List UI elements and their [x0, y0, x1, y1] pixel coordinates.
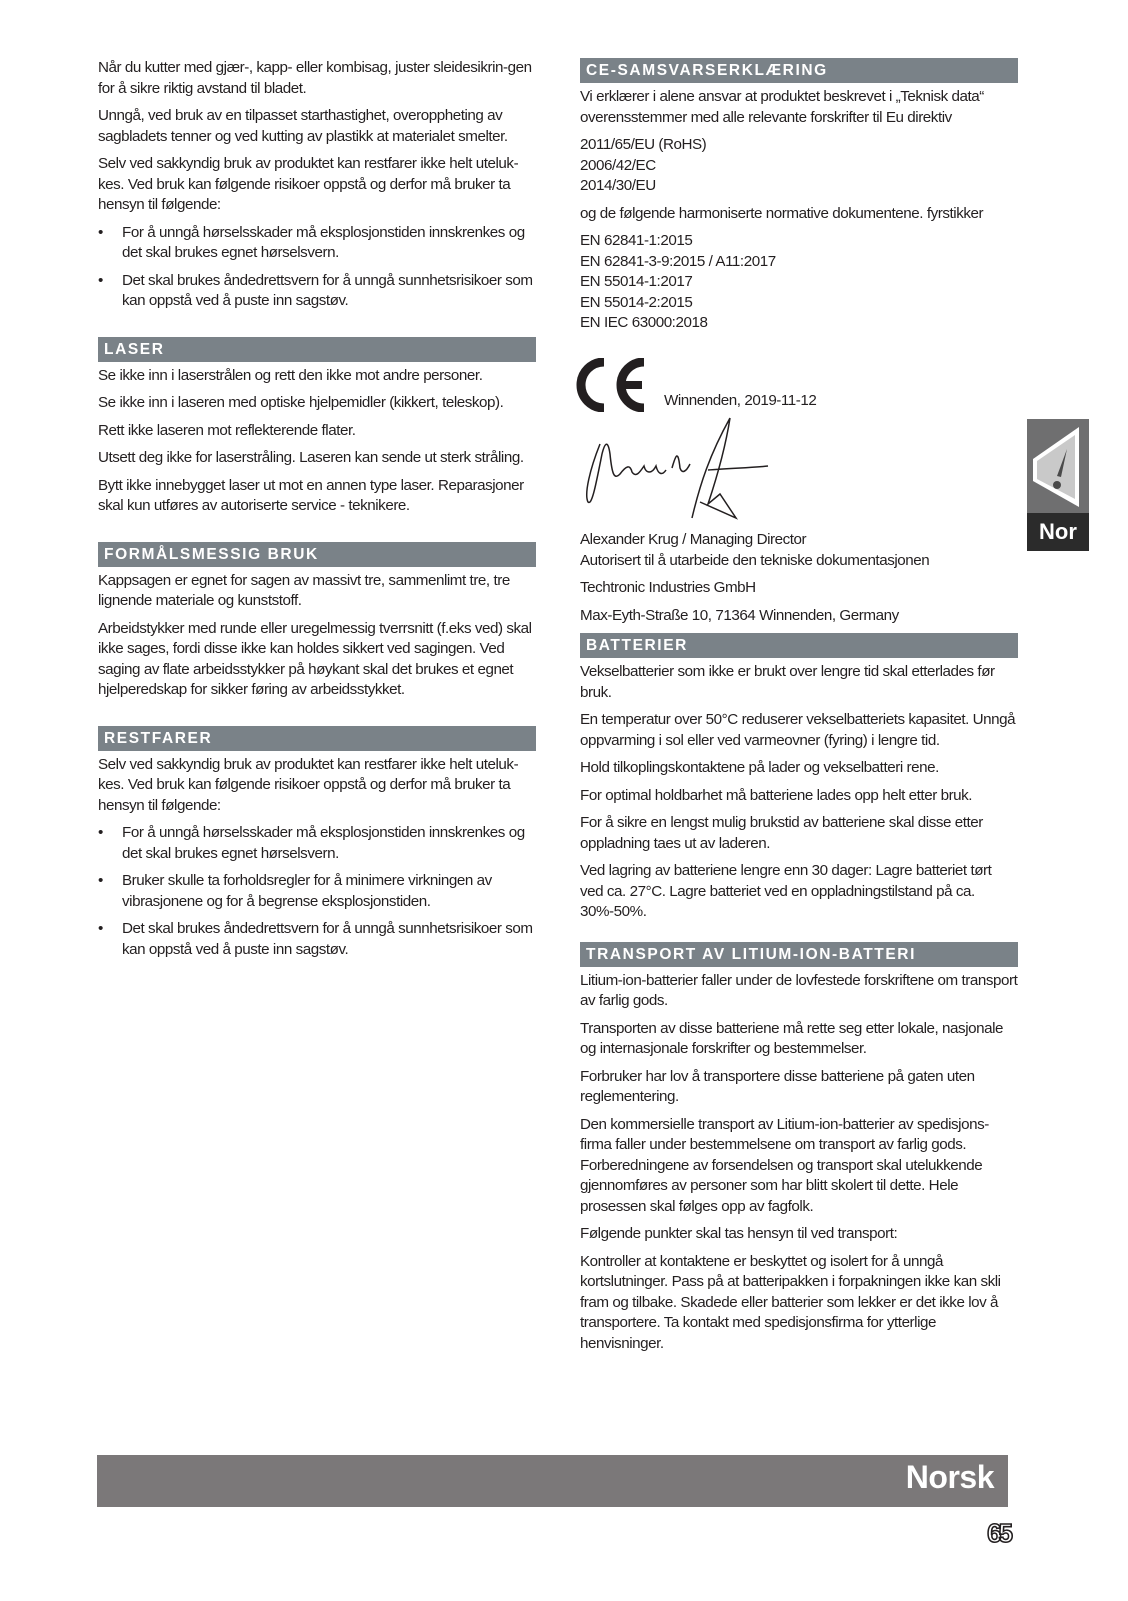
address: Max-Eyth-Straße 10, 71364 Winnenden, Ger… — [580, 606, 1018, 627]
paragraph: Hold tilkoplingskontaktene på lader og v… — [580, 758, 1018, 779]
page-number: 65 — [987, 1518, 1010, 1549]
paragraph: Se ikke inn i laseren med optiske hjelpe… — [98, 393, 536, 414]
bullet-item: For å unngå hørselsskader må eksplosjons… — [98, 223, 536, 264]
language-label: Nor — [1027, 513, 1089, 551]
standard: EN 62841-3-9:2015 / A11:2017 — [580, 252, 1018, 273]
paragraph: Når du kutter med gjær-, kapp- eller kom… — [98, 58, 536, 99]
paragraph: For optimal holdbarhet må batteriene lad… — [580, 786, 1018, 807]
directive: 2014/30/EU — [580, 176, 1018, 197]
language-side-tab: Nor — [1027, 419, 1089, 551]
standard: EN 62841-1:2015 — [580, 231, 1018, 252]
bullet-item: Det skal brukes åndedrettsvern for å unn… — [98, 271, 536, 312]
standard: EN 55014-1:2017 — [580, 272, 1018, 293]
bullet-list: For å unngå hørselsskader må eksplosjons… — [98, 823, 536, 960]
paragraph: Litium-ion-batterier faller under de lov… — [580, 971, 1018, 1012]
ce-mark-icon — [574, 358, 650, 412]
bullet-list: For å unngå hørselsskader må eksplosjons… — [98, 223, 536, 312]
paragraph: Den kommersielle transport av Litium-ion… — [580, 1115, 1018, 1218]
company: Techtronic Industries GmbH — [580, 578, 1018, 599]
paragraph: Se ikke inn i laserstrålen og rett den i… — [98, 366, 536, 387]
ce-mark-row: Winnenden, 2019-11-12 — [580, 348, 1018, 412]
standard: EN 55014-2:2015 — [580, 293, 1018, 314]
paragraph: Kappsagen er egnet for sagen av massivt … — [98, 571, 536, 612]
standards-list: EN 62841-1:2015 EN 62841-3-9:2015 / A11:… — [580, 231, 1018, 334]
footer-language: Norsk — [906, 1459, 994, 1496]
directive: 2006/42/EC — [580, 156, 1018, 177]
warning-triangle-icon — [1027, 419, 1089, 513]
section-header-transport: TRANSPORT AV LITIUM-ION-BATTERI — [580, 942, 1018, 967]
directive-list: 2011/65/EU (RoHS) 2006/42/EC 2014/30/EU — [580, 135, 1018, 197]
left-column: Når du kutter med gjær-, kapp- eller kom… — [98, 58, 536, 967]
paragraph: Utsett deg ikke for laserstråling. Laser… — [98, 448, 536, 469]
paragraph: Følgende punkter skal tas hensyn til ved… — [580, 1224, 1018, 1245]
paragraph: Vekselbatterier som ikke er brukt over l… — [580, 662, 1018, 703]
footer-bar: Norsk — [97, 1455, 1008, 1507]
paragraph: Bytt ikke innebygget laser ut mot en ann… — [98, 476, 536, 517]
paragraph: En temperatur over 50°C reduserer veksel… — [580, 710, 1018, 751]
paragraph: Unngå, ved bruk av en tilpasset starthas… — [98, 106, 536, 147]
section-header-batteries: BATTERIER — [580, 633, 1018, 658]
section-header-laser: LASER — [98, 337, 536, 362]
signatory: Alexander Krug / Managing Director — [580, 530, 1018, 551]
paragraph: Rett ikke laseren mot reflekterende flat… — [98, 421, 536, 442]
signature-image — [580, 414, 780, 524]
right-column: CE-SAMSVARSERKLÆRING Vi erklærer i alene… — [580, 58, 1018, 1361]
ce-declaration: Vi erklærer i alene ansvar at produktet … — [580, 87, 1018, 128]
bullet-item: Bruker skulle ta forholdsregler for å mi… — [98, 871, 536, 912]
paragraph: Ved lagring av batteriene lengre enn 30 … — [580, 861, 1018, 923]
warning-box — [1027, 419, 1089, 513]
paragraph: Arbeidstykker med runde eller uregelmess… — [98, 619, 536, 701]
paragraph: Selv ved sakkyndig bruk av produktet kan… — [98, 755, 536, 817]
paragraph: Kontroller at kontaktene er beskyttet og… — [580, 1252, 1018, 1355]
authorisation: Autorisert til å utarbeide den tekniske … — [580, 551, 1018, 572]
standard: EN IEC 63000:2018 — [580, 313, 1018, 334]
paragraph: For å sikre en lengst mulig brukstid av … — [580, 813, 1018, 854]
bullet-item: Det skal brukes åndedrettsvern for å unn… — [98, 919, 536, 960]
section-header-intended-use: FORMÅLSMESSIG BRUK — [98, 542, 536, 567]
section-header-ce: CE-SAMSVARSERKLÆRING — [580, 58, 1018, 83]
section-header-residual-risks: RESTFARER — [98, 726, 536, 751]
directive: 2011/65/EU (RoHS) — [580, 135, 1018, 156]
harmonised-intro: og de følgende harmoniserte normative do… — [580, 204, 1018, 225]
paragraph: Forbruker har lov å transportere disse b… — [580, 1067, 1018, 1108]
place-date: Winnenden, 2019-11-12 — [664, 391, 816, 412]
paragraph: Selv ved sakkyndig bruk av produktet kan… — [98, 154, 536, 216]
bullet-item: For å unngå hørselsskader må eksplosjons… — [98, 823, 536, 864]
paragraph: Transporten av disse batteriene må rette… — [580, 1019, 1018, 1060]
